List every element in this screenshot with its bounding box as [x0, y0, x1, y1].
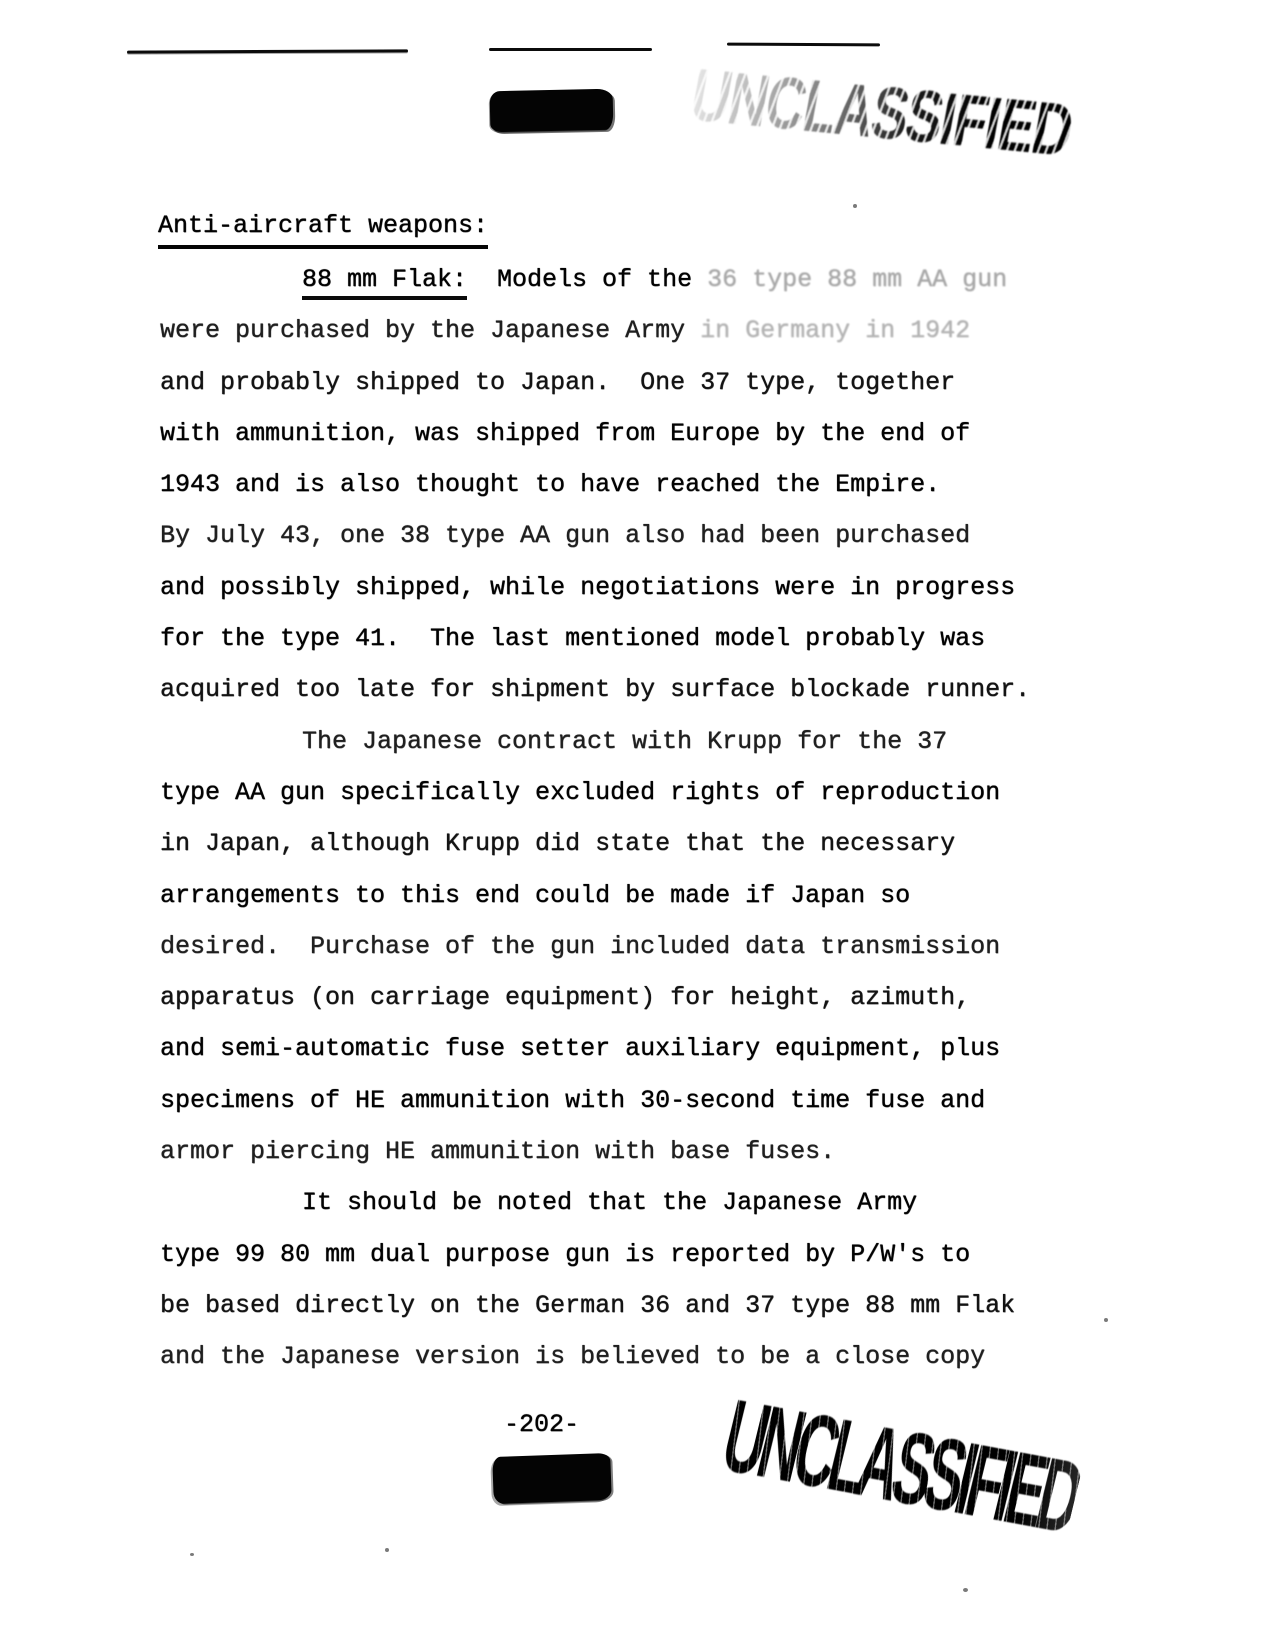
body-text: 88 mm Flak: Models of the 36 type 88 mm …: [160, 254, 1140, 1383]
body-line: and probably shipped to Japan. One 37 ty…: [160, 357, 1140, 408]
underlined-term: 88 mm Flak:: [302, 265, 467, 300]
redaction-mark: [490, 89, 614, 133]
body-line: acquired too late for shipment by surfac…: [160, 664, 1140, 715]
body-line: type 99 80 mm dual purpose gun is report…: [160, 1229, 1140, 1280]
page-number: -202-: [504, 1405, 579, 1445]
text-segment: in Japan, although Krupp did state that …: [160, 829, 955, 858]
scan-artifact-line: [127, 49, 408, 53]
scanned-document-page: UNCLASSIFIED Anti-aircraft weapons: 88 m…: [0, 0, 1275, 1651]
text-segment: It should be noted that the Japanese Arm…: [302, 1188, 917, 1217]
body-line: be based directly on the German 36 and 3…: [160, 1280, 1140, 1331]
text-segment: Models of the: [467, 265, 707, 294]
text-segment: be based directly on the German 36 and 3…: [160, 1291, 1015, 1320]
text-segment: armor piercing HE ammunition with base f…: [160, 1137, 835, 1166]
text-segment: arrangements to this end could be made i…: [160, 881, 910, 910]
text-segment: in Germany in 1942: [700, 316, 970, 345]
body-line: 88 mm Flak: Models of the 36 type 88 mm …: [160, 254, 1140, 305]
scan-speck: [190, 1553, 194, 1556]
text-segment: and probably shipped to Japan. One 37 ty…: [160, 368, 955, 397]
text-segment: type 99 80 mm dual purpose gun is report…: [160, 1240, 970, 1269]
body-line: for the type 41. The last mentioned mode…: [160, 613, 1140, 664]
body-line: 1943 and is also thought to have reached…: [160, 459, 1140, 510]
unclassified-stamp-bottom: UNCLASSIFIED: [712, 1378, 1088, 1557]
body-line: and semi-automatic fuse setter auxiliary…: [160, 1023, 1140, 1074]
section-heading: Anti-aircraft weapons:: [158, 211, 488, 249]
body-line: in Japan, although Krupp did state that …: [160, 818, 1140, 869]
text-segment: 36 type 88 mm AA gun: [707, 265, 1007, 294]
body-line: and possibly shipped, while negotiations…: [160, 562, 1140, 613]
text-segment: specimens of HE ammunition with 30-secon…: [160, 1086, 985, 1115]
scan-speck: [1104, 1318, 1108, 1322]
body-line: with ammunition, was shipped from Europe…: [160, 408, 1140, 459]
text-segment: and possibly shipped, while negotiations…: [160, 573, 1015, 602]
scan-artifact-line: [489, 48, 652, 51]
unclassified-stamp-top: UNCLASSIFIED: [685, 52, 1079, 172]
body-line: desired. Purchase of the gun included da…: [160, 921, 1140, 972]
scan-artifact-line: [727, 43, 880, 47]
text-segment: for the type 41. The last mentioned mode…: [160, 624, 985, 653]
text-segment: were purchased by the Japanese Army: [160, 316, 700, 345]
text-segment: and the Japanese version is believed to …: [160, 1342, 985, 1371]
body-line: specimens of HE ammunition with 30-secon…: [160, 1075, 1140, 1126]
redaction-mark: [492, 1453, 612, 1504]
scan-speck: [853, 204, 857, 208]
text-segment: The Japanese contract with Krupp for the…: [302, 727, 947, 756]
text-segment: acquired too late for shipment by surfac…: [160, 675, 1030, 704]
body-line: apparatus (on carriage equipment) for he…: [160, 972, 1140, 1023]
text-segment: apparatus (on carriage equipment) for he…: [160, 983, 970, 1012]
body-line: The Japanese contract with Krupp for the…: [160, 716, 1140, 767]
body-line: type AA gun specifically excluded rights…: [160, 767, 1140, 818]
text-segment: desired. Purchase of the gun included da…: [160, 932, 1000, 961]
text-segment: 1943 and is also thought to have reached…: [160, 470, 940, 499]
body-line: armor piercing HE ammunition with base f…: [160, 1126, 1140, 1177]
text-segment: type AA gun specifically excluded rights…: [160, 778, 1000, 807]
scan-speck: [963, 1588, 968, 1592]
text-segment: By July 43, one 38 type AA gun also had …: [160, 521, 970, 550]
body-line: By July 43, one 38 type AA gun also had …: [160, 510, 1140, 561]
body-line: arrangements to this end could be made i…: [160, 870, 1140, 921]
text-segment: and semi-automatic fuse setter auxiliary…: [160, 1034, 1000, 1063]
body-line: and the Japanese version is believed to …: [160, 1331, 1140, 1382]
scan-speck: [385, 1548, 389, 1552]
scan-speck: [304, 331, 308, 334]
text-segment: with ammunition, was shipped from Europe…: [160, 419, 970, 448]
body-line: It should be noted that the Japanese Arm…: [160, 1177, 1140, 1228]
